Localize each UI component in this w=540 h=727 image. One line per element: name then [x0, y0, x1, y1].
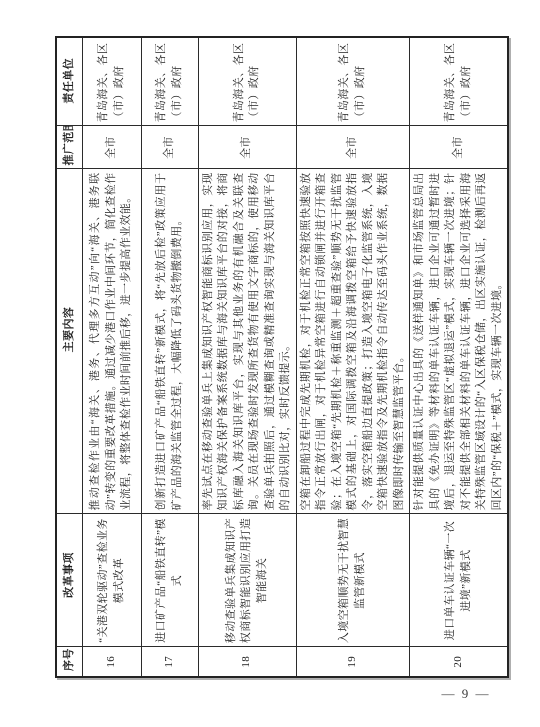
page-number: — 9 —	[430, 686, 502, 702]
cell-main-content: 针对能提供质量认证中心出具的《送样通知单》和市场监管总局出具的《免办证明》等材料…	[410, 169, 509, 514]
table-row: 18 移动查验单兵集成知识产权商标智能识别应用打造智能海关 率先试点在移动查验单…	[198, 37, 296, 677]
cell-scope: 全市	[82, 126, 141, 169]
cell-reform-item: 入境空箱顺势无干扰智慧监管新模式	[296, 514, 410, 647]
cell-scope: 全市	[198, 126, 296, 169]
cell-main-content: 空箱在卸船过程中完成先期机检，对于机检正常空箱按照快速验放指令正常放行出闸，对于…	[296, 169, 410, 514]
cell-scope: 全市	[410, 126, 509, 169]
cell-serial: 17	[141, 647, 198, 677]
cell-main-content: 创新打造进口矿产品“船铁直转”新模式，将“先放后检”政策应用于矿产品的海关监管全…	[141, 169, 198, 514]
col-header-scope: 推广范围	[56, 126, 82, 169]
scanned-document-page: 序号 改革事项 主要内容 推广范围 责任单位 16 “关港双轮驱动”查检业务模式…	[0, 0, 540, 727]
table-row: 20 进口单车认证车辆“一次进境”新模式 针对能提供质量认证中心出具的《送样通知…	[410, 37, 509, 677]
cell-serial: 20	[410, 647, 509, 677]
cell-serial: 19	[296, 647, 410, 677]
cell-serial: 18	[198, 647, 296, 677]
cell-reform-item: 进口单车认证车辆“一次进境”新模式	[410, 514, 509, 647]
cell-main-content: 推动查检作业由“海关、港务、代理多方互动”向“海关、港务联动”转变的重要改革措施…	[82, 169, 141, 514]
cell-reform-item: “关港双轮驱动”查检业务模式改革	[82, 514, 141, 647]
table-row: 16 “关港双轮驱动”查检业务模式改革 推动查检作业由“海关、港务、代理多方互动…	[82, 37, 141, 677]
cell-responsible-unit: 青岛海关、各区（市）政府	[410, 37, 509, 126]
col-header-serial: 序号	[56, 647, 82, 677]
cell-serial: 16	[82, 647, 141, 677]
table-row: 19 入境空箱顺势无干扰智慧监管新模式 空箱在卸船过程中完成先期机检，对于机检正…	[296, 37, 410, 677]
cell-responsible-unit: 青岛海关、各区（市）政府	[82, 37, 141, 126]
cell-main-content: 率先试点在移动查验单兵上集成知识产权智能商标识别应用，实现知识产权海关保护备案系…	[198, 169, 296, 514]
col-header-main-content: 主要内容	[56, 169, 82, 514]
col-header-reform-item: 改革事项	[56, 514, 82, 647]
cell-responsible-unit: 青岛海关、各区（市）政府	[198, 37, 296, 126]
table-body: 16 “关港双轮驱动”查检业务模式改革 推动查检作业由“海关、港务、代理多方互动…	[82, 37, 508, 677]
cell-scope: 全市	[296, 126, 410, 169]
col-header-responsible-unit: 责任单位	[56, 37, 82, 126]
cell-reform-item: 移动查验单兵集成知识产权商标智能识别应用打造智能海关	[198, 514, 296, 647]
cell-responsible-unit: 青岛海关、各区（市）政府	[141, 37, 198, 126]
cell-scope: 全市	[141, 126, 198, 169]
table-row: 17 进口矿产品“船铁直转”模式 创新打造进口矿产品“船铁直转”新模式，将“先放…	[141, 37, 198, 677]
reform-items-table: 序号 改革事项 主要内容 推广范围 责任单位 16 “关港双轮驱动”查检业务模式…	[55, 36, 509, 678]
cell-responsible-unit: 青岛海关、各区（市）政府	[296, 37, 410, 126]
table-header-row: 序号 改革事项 主要内容 推广范围 责任单位	[56, 37, 82, 677]
rotated-table-container: 序号 改革事项 主要内容 推广范围 责任单位 16 “关港双轮驱动”查检业务模式…	[55, 38, 497, 678]
cell-reform-item: 进口矿产品“船铁直转”模式	[141, 514, 198, 647]
